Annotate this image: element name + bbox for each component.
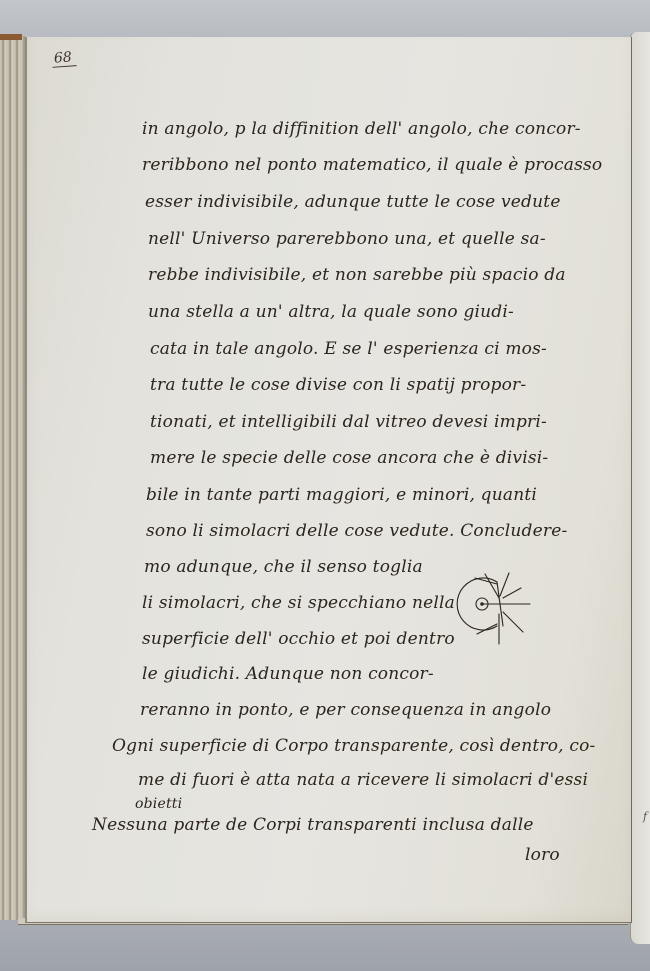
facing-page-edge xyxy=(630,32,650,944)
text-line: tionati, et intelligibili dal vitreo dev… xyxy=(150,412,547,432)
text-line: Nessuna parte de Corpi transparenti incl… xyxy=(92,815,534,835)
text-line: una stella a un' altra, la quale sono gi… xyxy=(148,302,514,322)
text-line: Ogni superficie di Corpo transparente, c… xyxy=(112,736,595,756)
text-line: sono li simolacri delle cose vedute. Con… xyxy=(146,521,567,541)
text-line: mo adunque, che il senso toglia xyxy=(144,557,423,577)
facing-page-mark: f xyxy=(643,810,647,823)
text-line: le giudichi. Adunque non concor- xyxy=(142,664,434,684)
eye-optics-diagram-icon xyxy=(455,568,535,648)
backdrop-top xyxy=(0,0,650,40)
text-line: reranno in ponto, e per consequenza in a… xyxy=(140,700,551,720)
text-line: li simolacri, che si specchiano nella xyxy=(142,593,455,613)
text-line: me di fuori è atta nata a ricevere li si… xyxy=(138,770,588,790)
catchword: loro xyxy=(525,845,560,865)
text-line: tra tutte le cose divise con li spatij p… xyxy=(150,375,526,395)
text-line: bile in tante parti maggiori, e minori, … xyxy=(146,485,537,505)
text-line: obietti xyxy=(135,796,182,812)
text-line: in angolo, p la diffinition dell' angolo… xyxy=(142,119,581,139)
text-line: reribbono nel ponto matematico, il quale… xyxy=(142,155,602,175)
text-line: cata in tale angolo. E se l' esperienza … xyxy=(150,339,547,359)
text-line: nell' Universo parerebbono una, et quell… xyxy=(148,229,546,249)
text-line: esser indivisibile, adunque tutte le cos… xyxy=(145,192,561,212)
backdrop-bottom xyxy=(0,920,650,971)
text-line: rebbe indivisibile, et non sarebbe più s… xyxy=(148,265,566,285)
text-line: mere le specie delle cose ancora che è d… xyxy=(150,448,548,468)
folio-number: 68 xyxy=(51,49,76,68)
text-line: superficie dell' occhio et poi dentro xyxy=(142,629,455,649)
book-cover-edge xyxy=(0,34,22,40)
